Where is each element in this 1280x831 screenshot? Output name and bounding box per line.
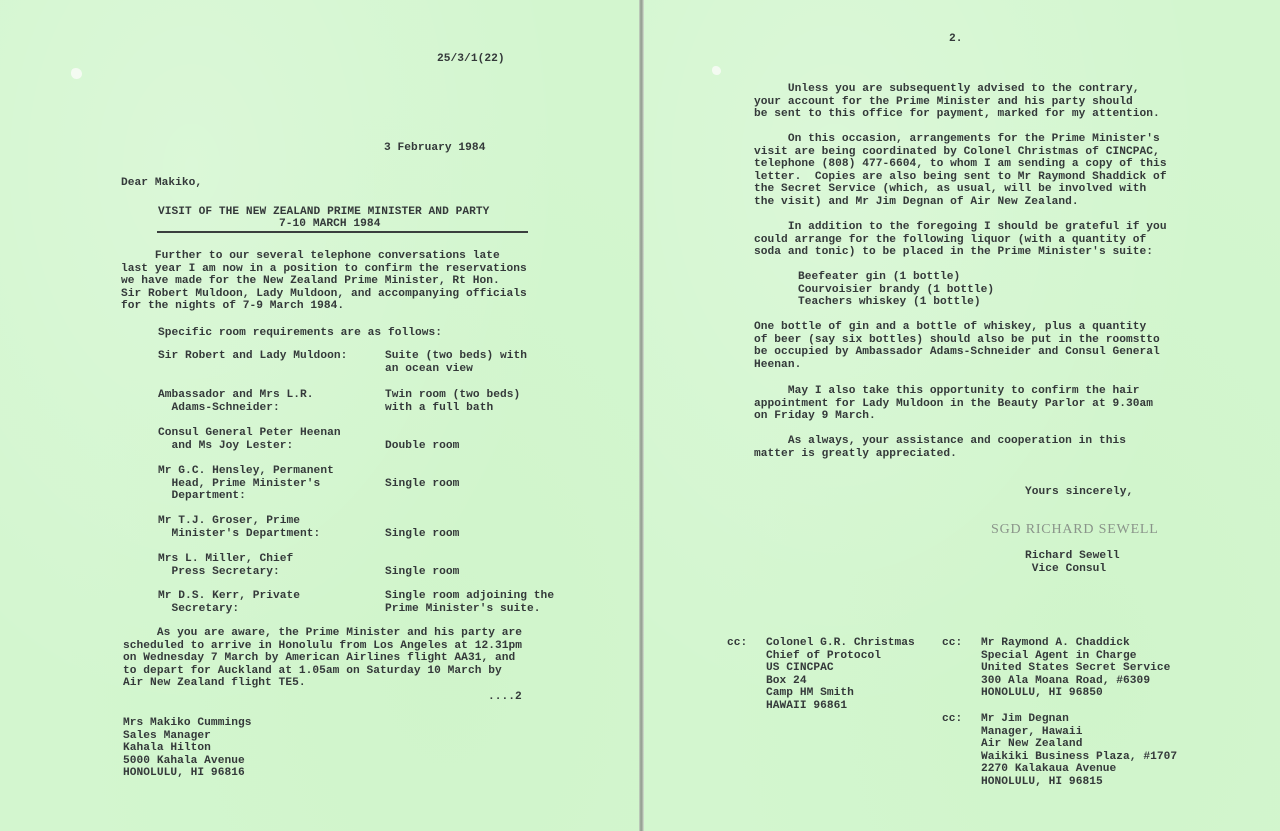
paragraph-line: Unless you are subsequently advised to t… [754, 83, 1140, 96]
cc-address-line: Camp HM Smith [766, 687, 854, 700]
room-guest: Consul General Peter Heenan [158, 427, 341, 440]
room-type: Single room [385, 528, 459, 541]
paragraph-line: scheduled to arrive in Honolulu from Los… [123, 640, 522, 653]
continued-marker: ....2 [488, 691, 522, 704]
letter-date: 3 February 1984 [384, 142, 485, 155]
cc-address-line: Air New Zealand [981, 738, 1082, 751]
file-reference: 25/3/1(22) [437, 53, 505, 66]
page-number: 2. [949, 33, 963, 46]
liquor-item: Beefeater gin (1 bottle) [798, 271, 960, 284]
paragraph-line: of beer (say six bottles) should also be… [754, 334, 1160, 347]
cc-address-line: Box 24 [766, 675, 807, 688]
paragraph-line: matter is greatly appreciated. [754, 448, 957, 461]
cc-address-line: HAWAII 96861 [766, 700, 847, 713]
room-type: Twin room (two beds) [385, 389, 520, 402]
paragraph-line: be occupied by Ambassador Adams-Schneide… [754, 346, 1160, 359]
room-guest: and Ms Joy Lester: [158, 440, 293, 453]
room-guest: Department: [158, 490, 246, 503]
letter-page-1: 25/3/1(22) 3 February 1984 Dear Makiko, … [0, 0, 639, 831]
addressee-line: 5000 Kahala Avenue [123, 755, 245, 768]
paragraph-line: One bottle of gin and a bottle of whiske… [754, 321, 1146, 334]
room-guest: Mr D.S. Kerr, Private [158, 590, 300, 603]
cc-address-line: Waikiki Business Plaza, #1707 [981, 751, 1177, 764]
paragraph-line: could arrange for the following liquor (… [754, 234, 1146, 247]
closing: Yours sincerely, [1025, 486, 1133, 499]
salutation: Dear Makiko, [121, 177, 202, 190]
room-guest: Ambassador and Mrs L.R. [158, 389, 314, 402]
room-type: Prime Minister's suite. [385, 603, 541, 616]
cc-address-line: US CINCPAC [766, 662, 834, 675]
paragraph-line: visit are being coordinated by Colonel C… [754, 146, 1160, 159]
room-type: an ocean view [385, 363, 473, 376]
cc-address-line: Colonel G.R. Christmas [766, 637, 915, 650]
paragraph-line: Air New Zealand flight TE5. [123, 677, 306, 690]
paragraph-line: May I also take this opportunity to conf… [754, 385, 1140, 398]
paragraph-line: appointment for Lady Muldoon in the Beau… [754, 398, 1153, 411]
signer-name: Richard Sewell [1025, 550, 1120, 563]
signer-title: Vice Consul [1025, 563, 1106, 576]
cc-address-line: 2270 Kalakaua Avenue [981, 763, 1116, 776]
paragraph-line: soda and tonic) to be placed in the Prim… [754, 246, 1153, 259]
room-guest: Mr G.C. Hensley, Permanent [158, 465, 334, 478]
room-guest: Sir Robert and Lady Muldoon: [158, 350, 347, 363]
signature-stamp: SGD RICHARD SEWELL [991, 522, 1159, 538]
room-guest: Mrs L. Miller, Chief [158, 553, 293, 566]
paragraph-line: to depart for Auckland at 1.05am on Satu… [123, 665, 502, 678]
addressee-line: HONOLULU, HI 96816 [123, 767, 245, 780]
room-type: Single room adjoining the [385, 590, 554, 603]
room-type: Double room [385, 440, 459, 453]
paragraph-line: last year I am now in a position to conf… [121, 263, 527, 276]
room-type: Single room [385, 566, 459, 579]
liquor-item: Teachers whiskey (1 bottle) [798, 296, 981, 309]
room-guest: Press Secretary: [158, 566, 280, 579]
room-type: Single room [385, 478, 459, 491]
paragraph-line: Heenan. [754, 359, 801, 372]
room-type: with a full bath [385, 402, 493, 415]
cc-address-line: Mr Jim Degnan [981, 713, 1069, 726]
room-guest: Mr T.J. Groser, Prime [158, 515, 300, 528]
rooms-intro: Specific room requirements are as follow… [158, 327, 442, 340]
letter-page-2: 2. Unless you are subsequently advised t… [644, 0, 1280, 831]
paper-speck [71, 68, 82, 79]
cc-address-line: Mr Raymond A. Chaddick [981, 637, 1130, 650]
cc-label: cc: [942, 637, 962, 650]
paragraph-line: we have made for the New Zealand Prime M… [121, 275, 500, 288]
paragraph-line: As you are aware, the Prime Minister and… [123, 627, 522, 640]
paragraph-line: On this occasion, arrangements for the P… [754, 133, 1160, 146]
paper-speck [712, 66, 721, 75]
cc-label: cc: [942, 713, 962, 726]
paragraph-line: In addition to the foregoing I should be… [754, 221, 1167, 234]
cc-address-line: 300 Ala Moana Road, #6309 [981, 675, 1150, 688]
paragraph-line: on Wednesday 7 March by American Airline… [123, 652, 515, 665]
paragraph-line: your account for the Prime Minister and … [754, 96, 1133, 109]
addressee-line: Mrs Makiko Cummings [123, 717, 252, 730]
room-guest: Secretary: [158, 603, 239, 616]
liquor-item: Courvoisier brandy (1 bottle) [798, 284, 994, 297]
paragraph-line: As always, your assistance and cooperati… [754, 435, 1126, 448]
cc-address-line: HONOLULU, HI 96815 [981, 776, 1103, 789]
paragraph-line: letter. Copies are also being sent to Mr… [754, 171, 1167, 184]
room-guest: Minister's Department: [158, 528, 320, 541]
addressee-line: Kahala Hilton [123, 742, 211, 755]
paragraph-line: the Secret Service (which, as usual, wil… [754, 183, 1146, 196]
room-guest: Adams-Schneider: [158, 402, 280, 415]
subject-underline [157, 231, 528, 233]
cc-address-line: HONOLULU, HI 96850 [981, 687, 1103, 700]
room-type: Suite (two beds) with [385, 350, 527, 363]
paragraph-line: on Friday 9 March. [754, 410, 876, 423]
cc-address-line: Manager, Hawaii [981, 726, 1082, 739]
subject-line-1: VISIT OF THE NEW ZEALAND PRIME MINISTER … [158, 206, 489, 219]
cc-address-line: Special Agent in Charge [981, 650, 1137, 663]
cc-label: cc: [727, 637, 747, 650]
cc-address-line: Chief of Protocol [766, 650, 881, 663]
paragraph-line: the visit) and Mr Jim Degnan of Air New … [754, 196, 1079, 209]
room-guest: Head, Prime Minister's [158, 478, 320, 491]
paragraph-line: Sir Robert Muldoon, Lady Muldoon, and ac… [121, 288, 527, 301]
subject-line-2: 7-10 MARCH 1984 [279, 218, 380, 231]
cc-address-line: United States Secret Service [981, 662, 1170, 675]
addressee-line: Sales Manager [123, 730, 211, 743]
paragraph-line: be sent to this office for payment, mark… [754, 108, 1160, 121]
paragraph-line: Further to our several telephone convers… [121, 250, 500, 263]
paragraph-line: telephone (808) 477-6604, to whom I am s… [754, 158, 1167, 171]
paragraph-line: for the nights of 7-9 March 1984. [121, 300, 344, 313]
